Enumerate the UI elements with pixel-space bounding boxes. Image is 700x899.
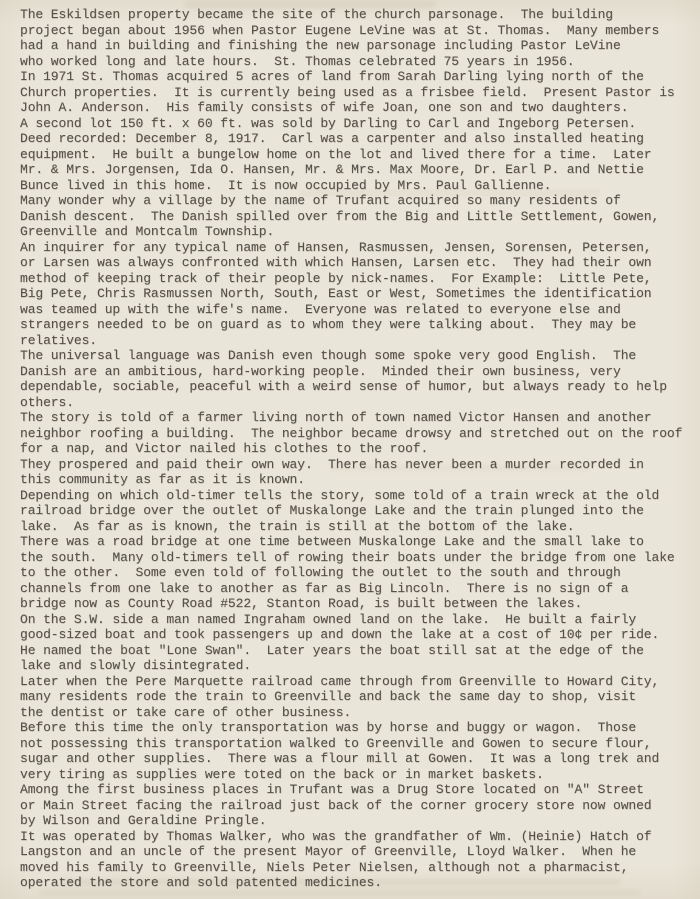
text-line: Deed recorded: December 8, 1917. Carl wa… [20, 131, 696, 147]
text-line: who worked long and late hours. St. Thom… [20, 54, 696, 70]
text-line: this community as far as it is known. [20, 472, 696, 488]
text-line: or Larsen was always confronted with whi… [20, 255, 696, 271]
text-line: the dentist or take care of other busine… [20, 705, 696, 721]
text-line: Church properties. It is currently being… [20, 85, 696, 101]
text-line: lake. As far as is known, the train is s… [20, 519, 696, 535]
text-line: Mr. & Mrs. Jorgensen, Ida O. Hansen, Mr.… [20, 162, 696, 178]
text-line: strangers needed to be on guard as to wh… [20, 317, 696, 333]
text-line: the south. Many old-timers tell of rowin… [20, 550, 696, 566]
text-line: Depending on which old-timer tells the s… [20, 488, 696, 504]
text-line: The story is told of a farmer living nor… [20, 410, 696, 426]
text-line: or Main Street facing the railroad just … [20, 798, 696, 814]
text-line: operated the store and sold patented med… [20, 875, 696, 891]
text-line: Many wonder why a village by the name of… [20, 193, 696, 209]
text-line: had a hand in building and finishing the… [20, 38, 696, 54]
text-line: Danish are an ambitious, hard-working pe… [20, 364, 696, 380]
text-line: channels from one lake to another as far… [20, 581, 696, 597]
text-line: An inquirer for any typical name of Hans… [20, 240, 696, 256]
text-line: bridge now as County Road #522, Stanton … [20, 596, 696, 612]
text-line: In 1971 St. Thomas acquired 5 acres of l… [20, 69, 696, 85]
text-line: They prospered and paid their own way. T… [20, 457, 696, 473]
text-line: He named the boat "Lone Swan". Later yea… [20, 643, 696, 659]
text-line: The Eskildsen property became the site o… [20, 7, 696, 23]
text-line: A second lot 150 ft. x 60 ft. was sold b… [20, 116, 696, 132]
text-line: relatives. [20, 333, 696, 349]
text-line: neighbor roofing a building. The neighbo… [20, 426, 696, 442]
text-line: for a nap, and Victor nailed his clothes… [20, 441, 696, 457]
text-line: Among the first business places in Trufa… [20, 782, 696, 798]
text-line: to the other. Some even told of followin… [20, 565, 696, 581]
text-line: equipment. He built a bungelow home on t… [20, 147, 696, 163]
text-line: It was operated by Thomas Walker, who wa… [20, 829, 696, 845]
text-line: project began about 1956 when Pastor Eug… [20, 23, 696, 39]
text-line: Bunce lived in this home. It is now occu… [20, 178, 696, 194]
text-line: The universal language was Danish even t… [20, 348, 696, 364]
text-line: railroad bridge over the outlet of Muska… [20, 503, 696, 519]
text-line: Danish descent. The Danish spilled over … [20, 209, 696, 225]
text-line: Later when the Pere Marquette railroad c… [20, 674, 696, 690]
text-line: moved his family to Greenville, Niels Pe… [20, 860, 696, 876]
text-line: Langston and an uncle of the present May… [20, 844, 696, 860]
typewritten-page-text: The Eskildsen property became the site o… [20, 7, 696, 891]
text-line: dependable, sociable, peaceful with a we… [20, 379, 696, 395]
text-line: Big Pete, Chris Rasmussen North, South, … [20, 286, 696, 302]
text-line: Greenville and Montcalm Township. [20, 224, 696, 240]
text-line: lake and slowly disintegrated. [20, 658, 696, 674]
text-line: Before this time the only transportation… [20, 720, 696, 736]
text-line: On the S.W. side a man named Ingraham ow… [20, 612, 696, 628]
text-line: method of keeping track of their people … [20, 271, 696, 287]
text-line: was teamed up with the wife's name. Ever… [20, 302, 696, 318]
text-line: There was a road bridge at one time betw… [20, 534, 696, 550]
text-line: very tiring as supplies were toted on th… [20, 767, 696, 783]
text-line: not possessing this transportation walke… [20, 736, 696, 752]
text-line: by Wilson and Geraldine Pringle. [20, 813, 696, 829]
text-line: sugar and other supplies. There was a fl… [20, 751, 696, 767]
text-line: John A. Anderson. His family consists of… [20, 100, 696, 116]
text-line: good-sized boat and took passengers up a… [20, 627, 696, 643]
text-line: many residents rode the train to Greenvi… [20, 689, 696, 705]
text-line: others. [20, 395, 696, 411]
